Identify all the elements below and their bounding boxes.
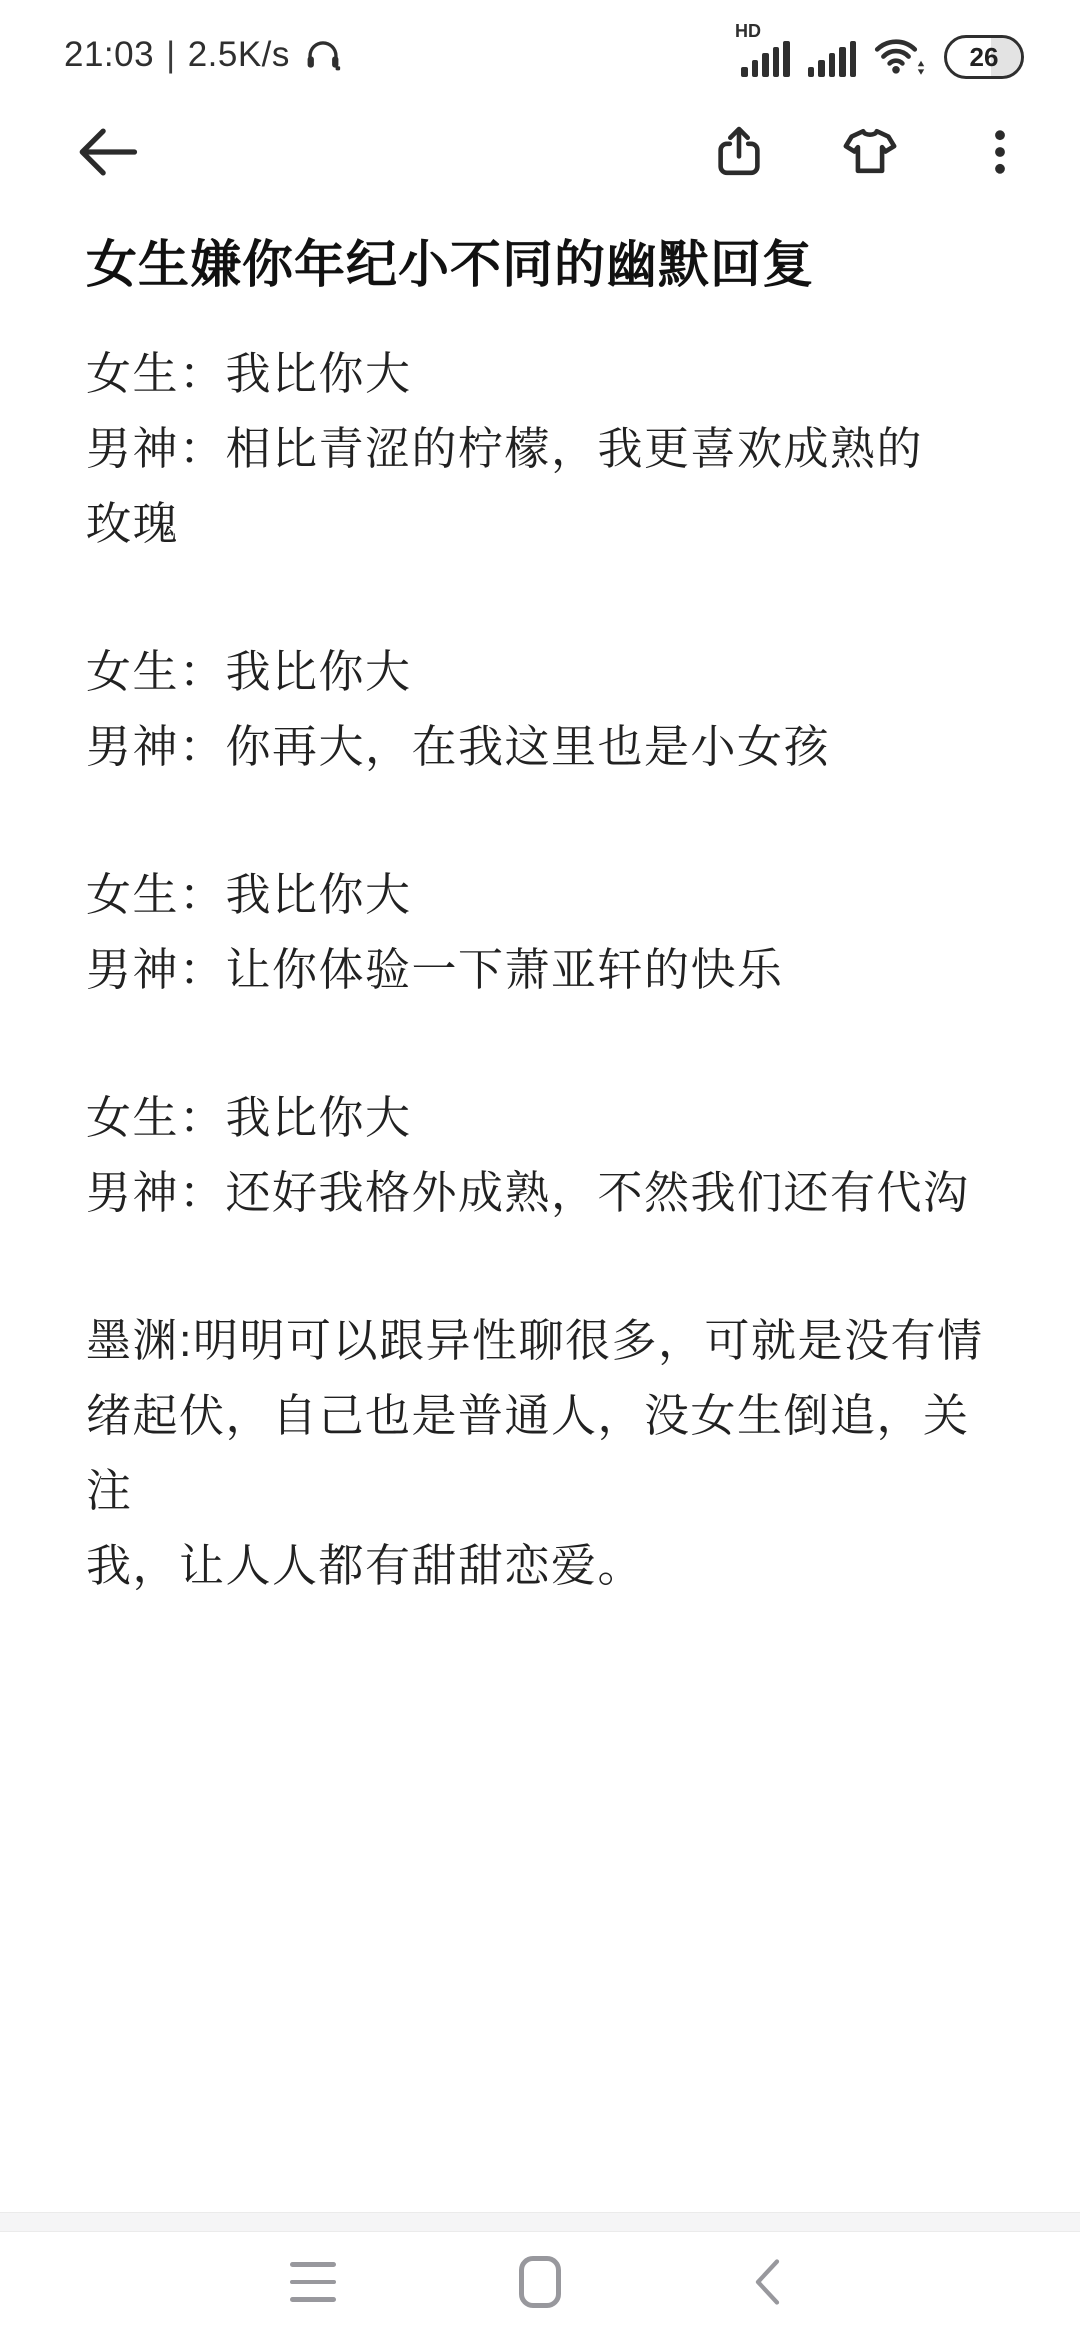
- back-arrow-icon: [74, 124, 140, 180]
- paragraph-line: 我，让人人都有甜甜恋爱。: [86, 1528, 1006, 1603]
- phone-screen: 21:03 | 2.5K/s HD: [0, 0, 1080, 2344]
- back-chevron-icon: [752, 2256, 782, 2308]
- battery-indicator: 26: [944, 35, 1024, 79]
- article-paragraph: 女生：我比你大 男神：你再大，在我这里也是小女孩: [86, 634, 1006, 784]
- status-bar: 21:03 | 2.5K/s HD: [0, 0, 1080, 96]
- home-button[interactable]: [516, 2254, 564, 2310]
- kebab-menu-icon: [972, 123, 1028, 181]
- paragraph-line: 男神：你再大，在我这里也是小女孩: [86, 709, 1006, 784]
- recents-button[interactable]: [289, 2254, 337, 2310]
- sim2-signal-bars-icon: [808, 41, 857, 77]
- page-title: 女生嫌你年纪小不同的幽默回复: [86, 224, 1006, 306]
- status-separator: |: [166, 35, 176, 75]
- paragraph-line: 墨渊:明明可以跟异性聊很多，可就是没有情: [86, 1303, 1006, 1378]
- battery-percent-text: 26: [970, 42, 999, 73]
- back-nav-button[interactable]: [743, 2254, 791, 2310]
- wifi-icon: [874, 33, 926, 77]
- clock-text: 21:03: [64, 35, 154, 75]
- paragraph-line: 女生：我比你大: [86, 634, 1006, 709]
- article-paragraph: 墨渊:明明可以跟异性聊很多，可就是没有情 绪起伏，自己也是普通人，没女生倒追，关…: [86, 1303, 1006, 1603]
- hd-badge: HD: [735, 21, 761, 42]
- home-icon: [519, 2256, 561, 2308]
- status-right-group: HD 26: [741, 33, 1024, 77]
- share-icon: [710, 123, 768, 181]
- back-button[interactable]: [74, 124, 140, 180]
- article: 女生嫌你年纪小不同的幽默回复 女生：我比你大 男神：相比青涩的柠檬，我更喜欢成熟…: [86, 224, 1006, 1603]
- nav-bar: [0, 2234, 1080, 2344]
- status-left-group: 21:03 | 2.5K/s: [64, 34, 344, 76]
- paragraph-line: 男神：相比青涩的柠檬，我更喜欢成熟的: [86, 411, 1006, 486]
- paragraph-line: 女生：我比你大: [86, 1080, 1006, 1155]
- net-speed-text: 2.5K/s: [188, 35, 290, 75]
- recents-menu-icon: [290, 2262, 336, 2302]
- sim1-signal-bars-icon: HD: [741, 41, 790, 77]
- article-paragraph: 女生：我比你大 男神：相比青涩的柠檬，我更喜欢成熟的 玫瑰: [86, 336, 1006, 561]
- paragraph-line: 男神：让你体验一下萧亚轩的快乐: [86, 932, 1006, 1007]
- paragraph-line: 女生：我比你大: [86, 336, 1006, 411]
- tshirt-theme-icon: [840, 123, 900, 181]
- paragraph-line: 男神：还好我格外成熟，不然我们还有代沟: [86, 1155, 1006, 1230]
- article-paragraph: 女生：我比你大 男神：让你体验一下萧亚轩的快乐: [86, 857, 1006, 1007]
- toolbar: [0, 100, 1080, 204]
- more-button[interactable]: [972, 123, 1028, 181]
- nav-separator-band: [0, 2212, 1080, 2232]
- paragraph-line: 绪起伏，自己也是普通人，没女生倒追，关注: [86, 1378, 1006, 1528]
- share-button[interactable]: [710, 123, 768, 181]
- article-paragraph: 女生：我比你大 男神：还好我格外成熟，不然我们还有代沟: [86, 1080, 1006, 1230]
- toolbar-actions: [710, 123, 1028, 181]
- paragraph-line: 玫瑰: [86, 486, 1006, 561]
- paragraph-line: 女生：我比你大: [86, 857, 1006, 932]
- theme-button[interactable]: [840, 123, 900, 181]
- headset-icon: [302, 34, 344, 76]
